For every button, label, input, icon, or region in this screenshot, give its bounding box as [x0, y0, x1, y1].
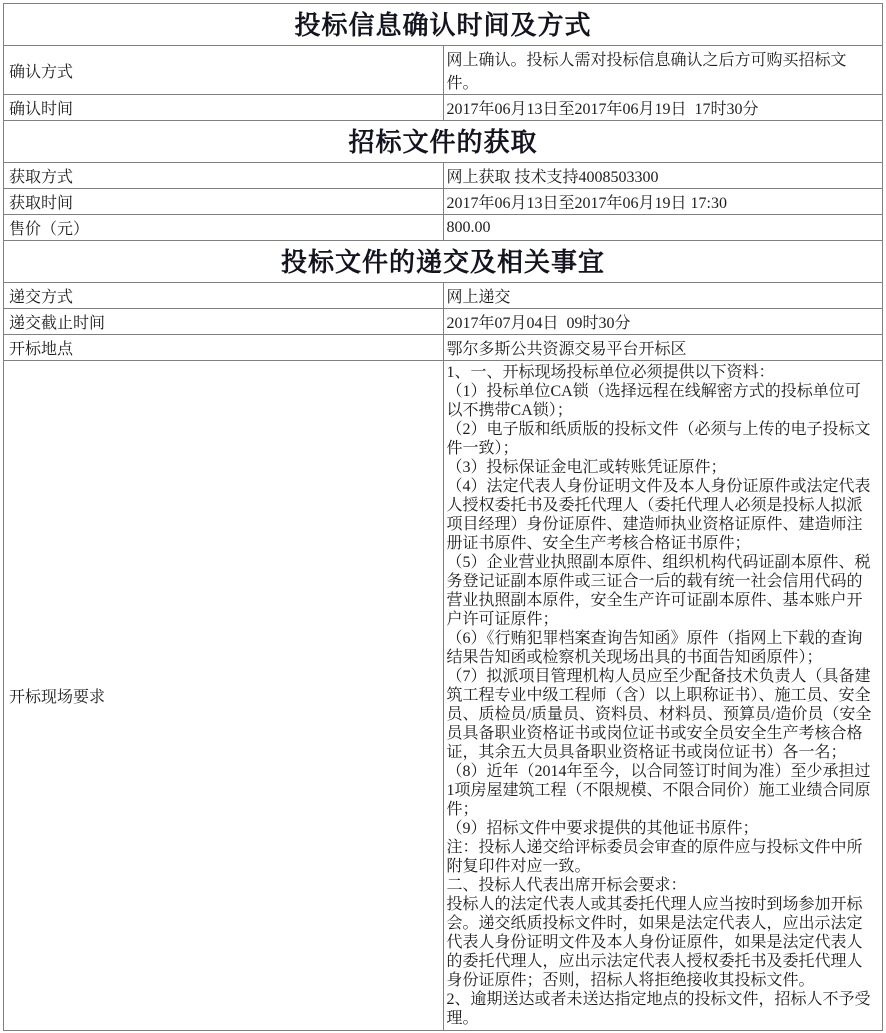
table-row: 售价（元） 800.00 [4, 215, 883, 241]
table-row-site-requirements: 开标现场要求 1、一、开标现场投标单位必须提供以下资料： （1）投标单位CA锁（… [4, 361, 883, 1031]
table-row: 开标地点 鄂尔多斯公共资源交易平台开标区 [4, 335, 883, 361]
section-title: 投标信息确认时间及方式 [4, 4, 883, 46]
row-label-acquisition-time: 获取时间 [4, 189, 444, 215]
row-value-acquisition-method: 网上获取 技术支持4008503300 [443, 163, 883, 189]
row-label-submission-deadline: 递交截止时间 [4, 309, 444, 335]
row-value-site-requirements: 1、一、开标现场投标单位必须提供以下资料： （1）投标单位CA锁（选择远程在线解… [443, 361, 883, 1031]
section-header-bid-submission: 投标文件的递交及相关事宜 [4, 241, 883, 283]
table-row: 获取时间 2017年06月13日至2017年06月19日 17:30 [4, 189, 883, 215]
row-value-confirmation-method: 网上确认。投标人需对投标信息确认之后方可购买招标文件。 [443, 46, 883, 95]
section-header-document-acquisition: 招标文件的获取 [4, 121, 883, 163]
tender-info-table: 投标信息确认时间及方式 确认方式 网上确认。投标人需对投标信息确认之后方可购买招… [3, 3, 883, 1031]
table-row: 递交截止时间 2017年07月04日 09时30分 [4, 309, 883, 335]
row-label-submission-method: 递交方式 [4, 283, 444, 309]
table-row: 递交方式 网上递交 [4, 283, 883, 309]
section-title: 投标文件的递交及相关事宜 [4, 241, 883, 283]
row-value-confirmation-time: 2017年06月13日至2017年06月19日 17时30分 [443, 95, 883, 121]
table-row: 获取方式 网上获取 技术支持4008503300 [4, 163, 883, 189]
section-header-bid-confirmation: 投标信息确认时间及方式 [4, 4, 883, 46]
section-title: 招标文件的获取 [4, 121, 883, 163]
row-value-submission-method: 网上递交 [443, 283, 883, 309]
row-value-submission-deadline: 2017年07月04日 09时30分 [443, 309, 883, 335]
row-value-price: 800.00 [443, 215, 883, 241]
table-row: 确认方式 网上确认。投标人需对投标信息确认之后方可购买招标文件。 [4, 46, 883, 95]
row-value-acquisition-time: 2017年06月13日至2017年06月19日 17:30 [443, 189, 883, 215]
row-label-opening-location: 开标地点 [4, 335, 444, 361]
row-value-opening-location: 鄂尔多斯公共资源交易平台开标区 [443, 335, 883, 361]
tender-announcement-page: 投标信息确认时间及方式 确认方式 网上确认。投标人需对投标信息确认之后方可购买招… [0, 0, 886, 1033]
row-label-confirmation-time: 确认时间 [4, 95, 444, 121]
table-row: 确认时间 2017年06月13日至2017年06月19日 17时30分 [4, 95, 883, 121]
row-label-site-requirements: 开标现场要求 [4, 361, 444, 1031]
row-label-acquisition-method: 获取方式 [4, 163, 444, 189]
row-label-price: 售价（元） [4, 215, 444, 241]
row-label-confirmation-method: 确认方式 [4, 46, 444, 95]
